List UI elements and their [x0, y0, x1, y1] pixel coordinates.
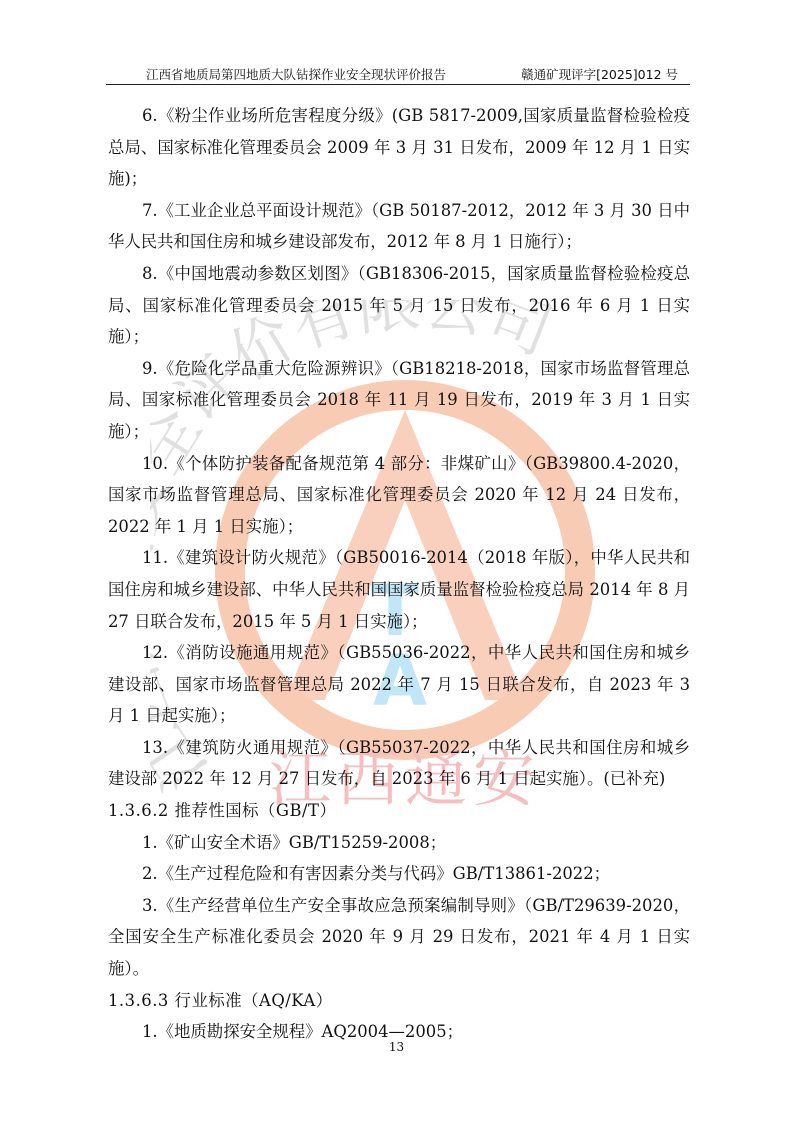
- standard-item-8: 8.《中国地震动参数区划图》（GB18306-2015，国家质量监督检验检疫总局…: [108, 258, 690, 353]
- standard-item-11: 11.《建筑设计防火规范》（GB50016-2014（2018 年版），中华人民…: [108, 542, 690, 637]
- gbt-item-3: 3.《生产经营单位生产安全事故应急预案编制导则》（GB/T29639-2020，…: [108, 890, 690, 985]
- gbt-item-1: 1.《矿山安全术语》GB/T15259-2008；: [108, 827, 690, 859]
- page-number: 13: [0, 1040, 793, 1054]
- document-body: 6.《粉尘作业场所危害程度分级》(GB 5817-2009,国家质量监督检验检疫…: [108, 100, 690, 1048]
- standard-item-7: 7.《工业企业总平面设计规范》（GB 50187-2012，2012 年 3 月…: [108, 195, 690, 258]
- section-heading-gbt: 1.3.6.2 推荐性国标（GB/T）: [108, 795, 690, 827]
- report-title: 江西省地质局第四地质大队钻探作业安全现状评价报告: [146, 66, 446, 84]
- standard-item-6: 6.《粉尘作业场所危害程度分级》(GB 5817-2009,国家质量监督检验检疫…: [108, 100, 690, 195]
- standard-item-12: 12.《消防设施通用规范》（GB55036-2022，中华人民共和国住房和城乡建…: [108, 637, 690, 732]
- gbt-item-2: 2.《生产过程危险和有害因素分类与代码》GB/T13861-2022；: [108, 858, 690, 890]
- standard-item-9: 9.《危险化学品重大危险源辨识》（GB18218-2018，国家市场监督管理总局…: [108, 353, 690, 448]
- standard-item-10: 10.《个体防护装备配备规范第 4 部分：非煤矿山》（GB39800.4-202…: [108, 448, 690, 543]
- page-header: 江西省地质局第四地质大队钻探作业安全现状评价报告 赣通矿现评字[2025]012…: [106, 66, 690, 85]
- section-heading-aq: 1.3.6.3 行业标准（AQ/KA）: [108, 985, 690, 1017]
- standard-item-13: 13.《建筑防火通用规范》（GB55037-2022，中华人民共和国住房和城乡建…: [108, 732, 690, 795]
- document-number: 赣通矿现评字[2025]012 号: [521, 66, 678, 84]
